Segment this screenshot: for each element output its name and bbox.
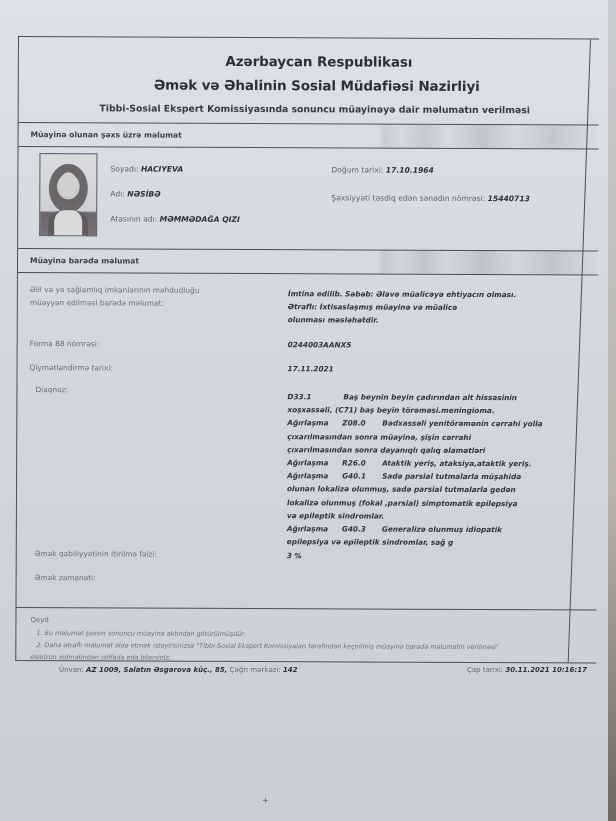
country-title: Azərbaycan Respublikası xyxy=(39,53,599,71)
diagnosis-text: lokalizə olunmuş (fokal ,parsial) simpto… xyxy=(287,498,518,508)
disability-reason: İmtina edilib. Səbəb: Əlavə müalicəyə eh… xyxy=(288,287,578,301)
diagnosis-line: AğırlaşmaR26.0Ataktik yeriş, ataksiya,at… xyxy=(287,456,577,470)
birth-date-value: 17.10.1964 xyxy=(386,166,434,175)
work-guarantee-label: Əmək zəmanəti: xyxy=(35,571,96,584)
id-document-field: Şəxsiyyəti təsdiq edən sənədin nömrəsi: … xyxy=(331,193,530,203)
assessment-date-value: 17.11.2021 xyxy=(288,362,578,376)
diagnosis-code: R26.0 xyxy=(342,456,382,469)
patronymic-field: Atasının adı: MƏMMƏDAĞA QIZI xyxy=(110,214,240,224)
diagnosis-text: Bədxassəli yenitörəmənin cərrahi yolla xyxy=(382,419,542,429)
diagnosis-complication-tag: Ağırlaşma xyxy=(287,522,342,535)
surname-field: Soyadı: HACIYEVA xyxy=(110,164,183,173)
disability-details: Ətraflı: İxtisaslaşmış müayinə və müalic… xyxy=(288,300,488,327)
diagnosis-line: lokalizə olunmuş (fokal ,parsial) simpto… xyxy=(287,496,577,510)
print-date-value: 30.11.2021 10:16:17 xyxy=(505,666,587,674)
address-line: Ünvan: AZ 1009, Salatın Əsgərova küç., 8… xyxy=(59,666,298,674)
diagnosis-line: çıxarılmasından sonra müayinə, şişin cər… xyxy=(287,430,577,444)
disability-value: İmtina edilib. Səbəb: Əlavə müalicəyə eh… xyxy=(288,287,578,328)
disability-label: Əlil və ya sağlamlıq imkanlarının məhdud… xyxy=(30,283,230,310)
assessment-date-label: Qiymətləndirmə tarixi: xyxy=(30,361,113,374)
diagnosis-text: və epileptik sindromlar. xyxy=(287,511,384,520)
id-document-label: Şəxsiyyəti təsdiq edən sənədin nömrəsi: xyxy=(331,193,485,203)
diagnosis-line: D33.1Baş beynin beyin çadırından alt his… xyxy=(287,390,577,404)
diagnosis-text: çıxarılmasından sonra müayinə, şişin cər… xyxy=(287,432,471,442)
note-item-3: elektron xidmətindən istifadə edə bilərs… xyxy=(30,651,596,665)
diagnosis-text: olunan lokalizə olunmuş, sadə parsial tu… xyxy=(287,485,516,495)
certificate-document: Azərbaycan Respublikası Əmək və Əhalinin… xyxy=(15,36,599,664)
background-edge xyxy=(608,0,616,821)
diagnosis-line: AğırlaşmaG40.3Generalizə olunmuş idiopat… xyxy=(287,522,577,536)
name-field: Adı: NƏSİBƏ xyxy=(110,189,160,198)
diagnosis-code: G40.1 xyxy=(342,470,382,483)
form88-value: 0244003AANX5 xyxy=(288,338,578,352)
name-value: NƏSİBƏ xyxy=(127,189,160,198)
diagnosis-text: çıxarılmasından sonra dayanıqlı qalıq əl… xyxy=(287,445,485,455)
ministry-title: Əmək və Əhalinin Sosial Müdafiəsi Nazirl… xyxy=(35,77,599,95)
patronymic-value: MƏMMƏDAĞA QIZI xyxy=(160,215,240,224)
diagnosis-line: epilepsiya və epileptik sindromlar, sağ … xyxy=(287,535,577,549)
person-section-title: Müayinə olunan şəxs üzrə məlumat xyxy=(19,123,599,150)
diagnosis-code: D33.1 xyxy=(287,390,343,403)
diagnosis-text: Ataktik yeriş, ataksiya,ataktik yeriş. xyxy=(382,459,531,469)
birth-date-field: Doğum tarixi: 17.10.1964 xyxy=(331,165,433,174)
address-label: Ünvan: xyxy=(59,666,84,674)
patronymic-label: Atasının adı: xyxy=(110,214,157,223)
diagnosis-complication-tag: Ağırlaşma xyxy=(287,417,342,430)
diagnosis-text: Baş beynin beyin çadırından alt hissəsin… xyxy=(343,392,517,402)
diagnosis-value: D33.1Baş beynin beyin çadırından alt his… xyxy=(287,390,578,550)
diagnosis-line: xoşxassəli, (C71) baş beyin törəməsi.men… xyxy=(287,403,577,417)
birth-date-label: Doğum tarixi: xyxy=(331,165,383,174)
diagnosis-line: AğırlaşmaG40.1Sadə parsial tutmalarla mü… xyxy=(287,469,577,483)
exam-info: Əlil və ya sağlamlıq imkanlarının məhdud… xyxy=(17,273,598,611)
diagnosis-complication-tag: Ağırlaşma xyxy=(287,469,342,482)
diagnosis-text: Sadə parsial tutmalarla müşahidə xyxy=(382,472,521,482)
person-photo xyxy=(39,153,97,236)
diagnosis-label: Diaqnoz: xyxy=(35,383,68,396)
diagnosis-complication-tag: Ağırlaşma xyxy=(287,456,342,469)
call-center-label: Çağrı mərkəzi: xyxy=(230,666,281,674)
surname-label: Soyadı: xyxy=(110,164,138,173)
diagnosis-text: xoşxassəli, (C71) baş beyin törəməsi.men… xyxy=(287,405,494,415)
diagnosis-code: Z08.0 xyxy=(342,417,382,430)
diagnosis-line: çıxarılmasından sonra dayanıqlı qalıq əl… xyxy=(287,443,577,457)
capacity-loss-value: 3 % xyxy=(287,549,577,563)
call-center-value: 142 xyxy=(283,666,298,674)
name-label: Adı: xyxy=(110,189,125,198)
print-date-label: Çap tarixi: xyxy=(467,666,503,674)
diagnosis-text: epilepsiya və epileptik sindromlar, sağ … xyxy=(287,537,453,547)
capacity-loss-label: Əmək qabiliyyətinin itirilmə faizi: xyxy=(35,547,157,561)
form88-label: Forma 88 nömrəsi: xyxy=(30,337,100,350)
print-date-line: Çap tarixi: 30.11.2021 10:16:17 xyxy=(467,666,587,674)
diagnosis-text: Generalizə olunmuş idiopatik xyxy=(382,525,502,535)
paper-speck: + xyxy=(262,798,268,803)
id-document-value: 15440713 xyxy=(488,194,530,203)
diagnosis-line: olunan lokalizə olunmuş, sadə parsial tu… xyxy=(287,483,577,497)
photo-body xyxy=(48,210,88,236)
exam-section-title: Müayinə barədə məlumat xyxy=(18,249,598,276)
person-info: Soyadı: HACIYEVA Adı: NƏSİBƏ Atasının ad… xyxy=(18,147,598,252)
notes-title: Qeyd xyxy=(30,616,596,626)
diagnosis-line: AğırlaşmaZ08.0Bədxassəli yenitörəmənin c… xyxy=(287,417,577,431)
surname-value: HACIYEVA xyxy=(141,165,183,174)
document-subtitle: Tibbi-Sosial Ekspert Komissiyasında sonu… xyxy=(31,103,599,116)
address-value: AZ 1009, Salatın Əsgərova küç., 85, xyxy=(86,666,227,674)
diagnosis-line: və epileptik sindromlar. xyxy=(287,509,577,523)
photo-face xyxy=(59,172,77,196)
document-header: Azərbaycan Respublikası Əmək və Əhalinin… xyxy=(19,37,599,126)
diagnosis-code: G40.3 xyxy=(342,522,382,535)
